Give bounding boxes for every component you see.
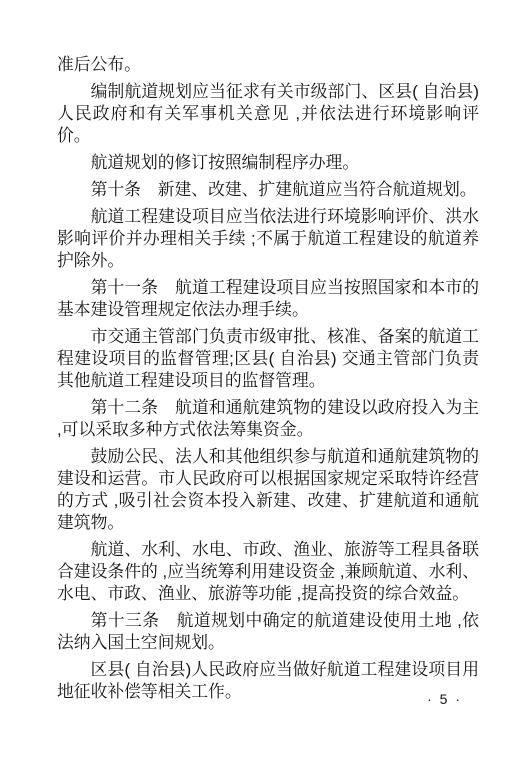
paragraph: 市交通主管部门负责市级审批、核准、备案的航道工程建设项目的监督管理;区县( 自治…	[57, 326, 479, 392]
paragraph: 鼓励公民、法人和其他组织参与航道和通航建筑物的建设和运营。市人民政府可以根据国家…	[57, 446, 479, 534]
paragraph: 准后公布。	[57, 54, 479, 76]
paragraph: 航道工程建设项目应当依法进行环境影响评价、洪水影响评价并办理相关手续 ;不属于航…	[57, 206, 479, 272]
paragraph: 航道规划的修订按照编制程序办理。	[57, 152, 479, 174]
paragraph: 第十三条 航道规划中确定的航道建设使用土地 ,依法纳入国土空间规划。	[57, 610, 479, 654]
paragraph: 第十条 新建、改建、扩建航道应当符合航道规划。	[57, 179, 479, 201]
paragraph: 区县( 自治县)人民政府应当做好航道工程建设项目用地征收补偿等相关工作。	[57, 659, 479, 703]
paragraph: 第十二条 航道和通航建筑物的建设以政府投入为主 ,可以采取多种方式依法筹集资金。	[57, 397, 479, 441]
paragraph: 航道、水利、水电、市政、渔业、旅游等工程具备联合建设条件的 ,应当统筹利用建设资…	[57, 539, 479, 605]
page-number: · 5 ·	[427, 691, 462, 707]
document-page: 准后公布。编制航道规划应当征求有关市级部门、区县( 自治县)人民政府和有关军事机…	[0, 0, 532, 767]
paragraph: 第十一条 航道工程建设项目应当按照国家和本市的基本建设管理规定依法办理手续。	[57, 277, 479, 321]
paragraph: 编制航道规划应当征求有关市级部门、区县( 自治县)人民政府和有关军事机关意见 ,…	[57, 81, 479, 147]
document-content: 准后公布。编制航道规划应当征求有关市级部门、区县( 自治县)人民政府和有关军事机…	[57, 54, 479, 703]
